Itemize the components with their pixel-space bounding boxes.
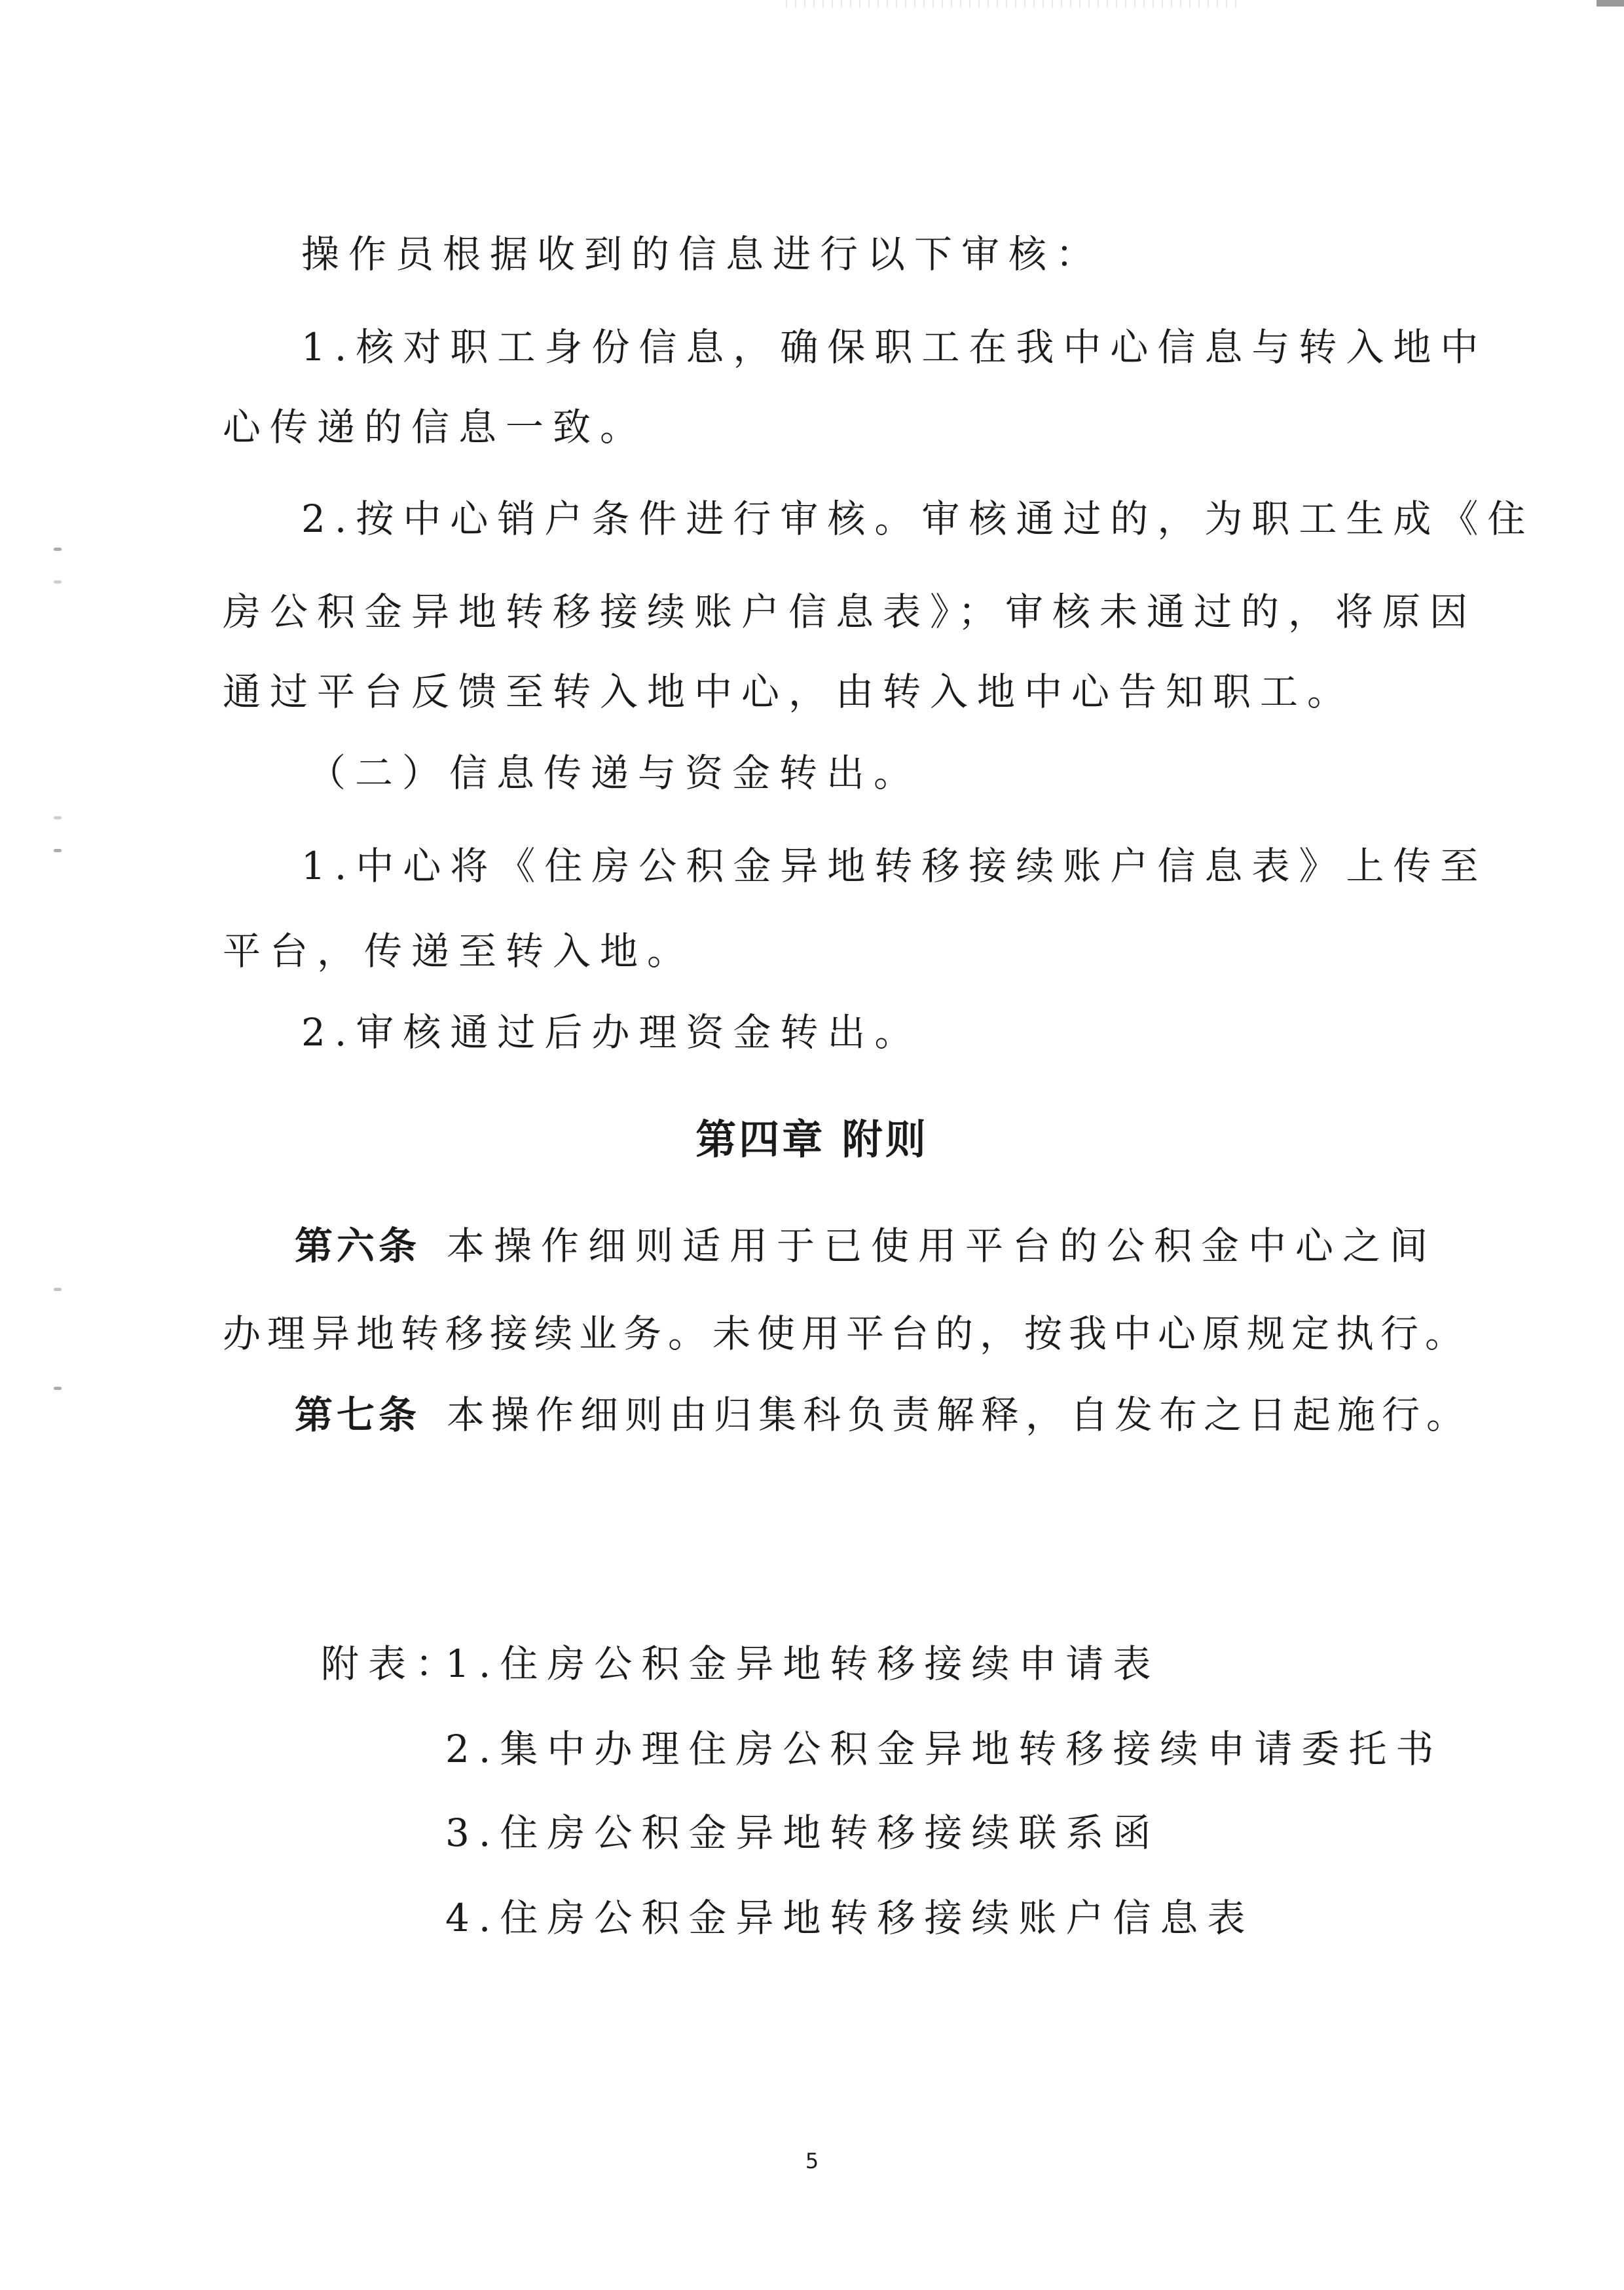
chapter-title: 第四章 附则 [0, 1107, 1624, 1165]
page-number: 5 [0, 2149, 1624, 2173]
scan-artifact-corner [1596, 0, 1624, 7]
attachment-item: 4.住房公积金异地转移接续账户信息表 [445, 1892, 1254, 1944]
section2-item1-line: 1.中心将《住房公积金异地转移接续账户信息表》上传至 [301, 840, 1487, 892]
step2-line: 通过平台反馈至转入地中心，由转入地中心告知职工。 [223, 666, 1354, 718]
binding-hole-mark [54, 849, 62, 852]
intro-paragraph: 操作员根据收到的信息进行以下审核： [301, 228, 1103, 280]
binding-hole-mark [54, 1387, 62, 1390]
attachments-label: 附表： [321, 1638, 462, 1690]
scan-artifact-top [786, 0, 1244, 8]
binding-hole-mark [54, 1288, 62, 1291]
article-6-label: 第六条 [295, 1224, 420, 1268]
attachment-item: 2.集中办理住房公积金异地转移接续申请委托书 [445, 1723, 1443, 1775]
section2-item2: 2.审核通过后办理资金转出。 [301, 1006, 921, 1059]
step2-line: 2.按中心销户条件进行审核。审核通过的，为职工生成《住 [301, 493, 1534, 545]
binding-hole-mark [54, 548, 62, 551]
binding-hole-mark [54, 580, 62, 584]
binding-hole-mark [54, 816, 62, 819]
article-6-text: 本操作细则适用于已使用平台的公积金中心之间 [447, 1224, 1437, 1268]
step1-line: 1.核对职工身份信息，确保职工在我中心信息与转入地中 [301, 321, 1487, 373]
article-7-label: 第七条 [295, 1393, 420, 1437]
attachment-item: 1.住房公积金异地转移接续申请表 [445, 1638, 1160, 1690]
step1-line: 心传递的信息一致。 [223, 401, 647, 453]
attachment-item: 3.住房公积金异地转移接续联系函 [445, 1807, 1160, 1859]
section2-title: （二）信息传递与资金转出。 [308, 747, 921, 799]
article-7: 第七条本操作细则由归集科负责解释，自发布之日起施行。 [295, 1389, 1471, 1441]
article-6: 第六条本操作细则适用于已使用平台的公积金中心之间 [295, 1220, 1437, 1272]
section2-item1-line: 平台，传递至转入地。 [223, 925, 694, 977]
article-6-continued: 办理异地转移接续业务。未使用平台的，按我中心原规定执行。 [223, 1307, 1469, 1360]
step2-line: 房公积金异地转移接续账户信息表》；审核未通过的，将原因 [223, 586, 1477, 638]
article-7-text: 本操作细则由归集科负责解释，自发布之日起施行。 [447, 1393, 1471, 1437]
